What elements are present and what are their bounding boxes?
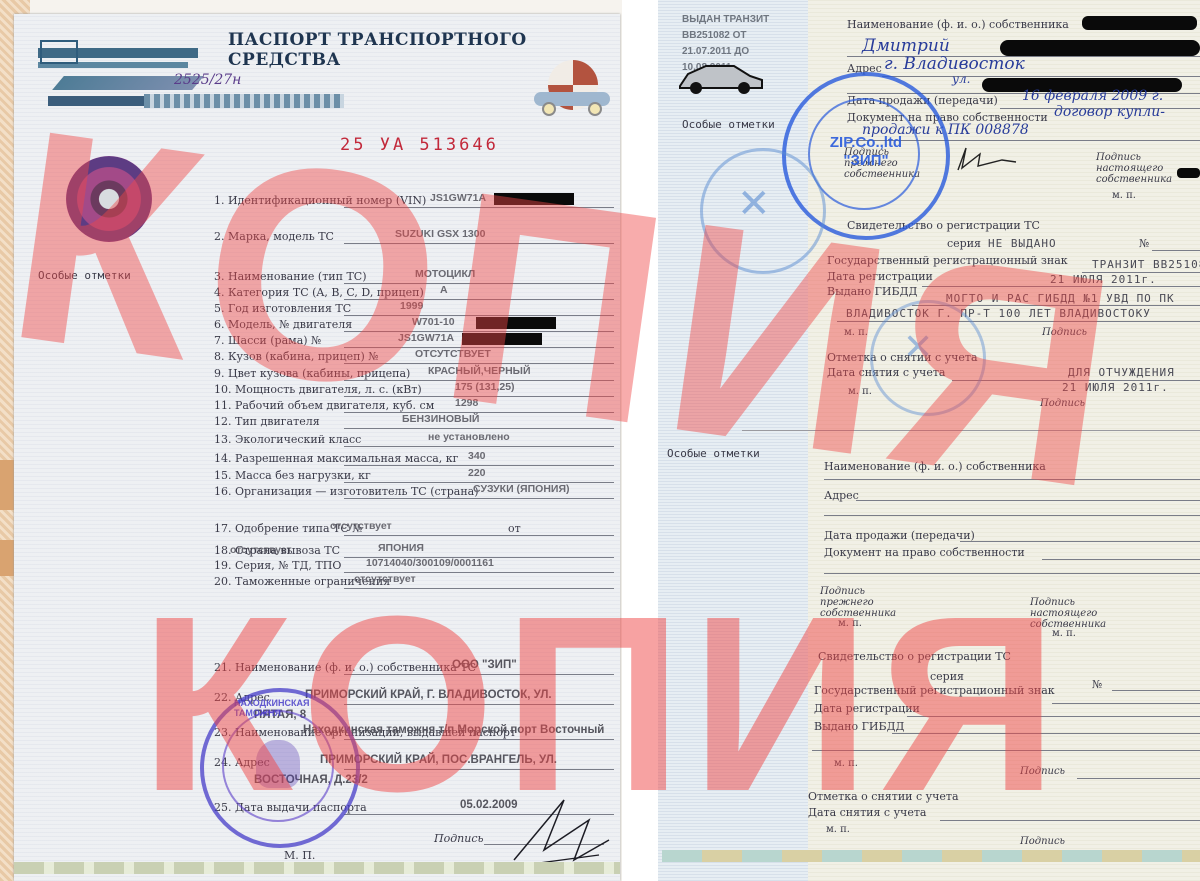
field-value: ЯПОНИЯ: [378, 542, 424, 554]
special-marks-label: Особые отметки: [682, 118, 775, 131]
previous-owner-signature: [952, 142, 1022, 174]
ornamental-footer: [662, 850, 1200, 862]
watermark-bottom: КОПИЯ: [140, 560, 1066, 847]
car-silhouette-icon: [676, 60, 766, 96]
field-label: 15. Масса без нагрузки, кг: [214, 469, 371, 482]
field-label: 18. Страна вывоза ТС: [214, 544, 340, 557]
field-label: 16. Организация — изготовитель ТС (стран…: [214, 485, 479, 498]
car-logo-icon: [534, 60, 614, 120]
field-value: отсутствует: [330, 520, 392, 532]
owner-address-handwritten: г. Владивосток: [884, 54, 1025, 74]
sale-date-handwritten: 16 февраля 2009 г.: [1022, 88, 1163, 104]
seal-label: М. П.: [284, 849, 315, 862]
ornamental-footer: [14, 862, 620, 874]
field-value: СУЗУКИ (ЯПОНИЯ): [473, 483, 570, 495]
owner-name-handwritten: Дмитрий: [862, 36, 950, 56]
